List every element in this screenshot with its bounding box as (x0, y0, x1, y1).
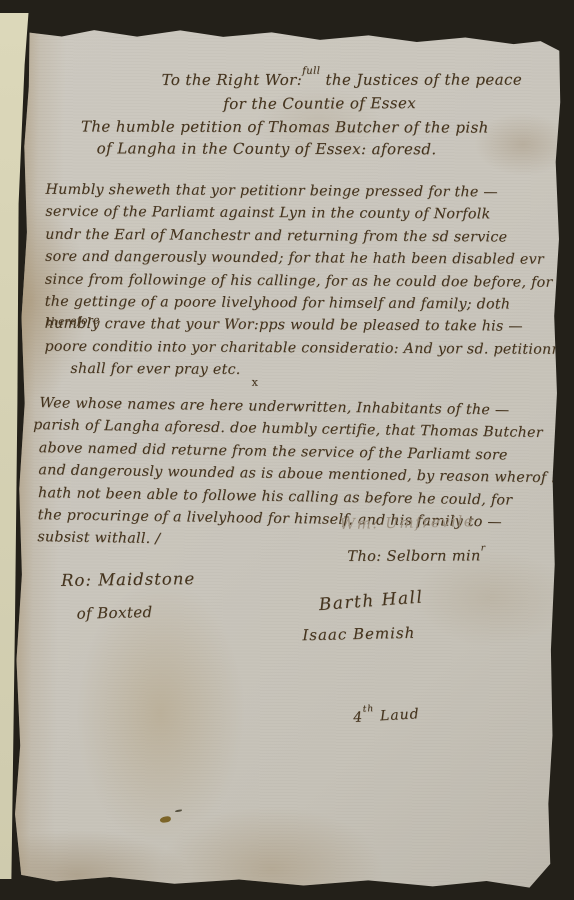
signature-maidstone: Ro: Maidstone (61, 569, 195, 590)
signature-bemish: Isaac Bemish (302, 624, 415, 644)
signature-selborn-text: Tho: Selborn min (347, 548, 480, 565)
address-text-cont: the Justices of the peace (320, 71, 522, 89)
petition-address-line: To the Right Wor:full the Justices of th… (162, 71, 523, 89)
petition-line: since from followinge of his callinge, f… (45, 268, 559, 294)
petition-line: sore and dangerously wounded; for that h… (45, 246, 559, 272)
signature-umfrevile: Wm: Umfrevile (340, 512, 475, 533)
petition-line: undr the Earl of Manchestr and returning… (45, 224, 559, 250)
separator-mark: x (252, 376, 259, 389)
petition-line: shall for ever pray etc. (44, 358, 558, 384)
endorsement-note: 4th Laud (353, 706, 420, 726)
petition-line: service of the Parliamt against Lyn in t… (45, 201, 559, 227)
address-text: To the Right Wor: (162, 71, 303, 89)
petition-line: the gettinge of a poore livelyhood for h… (45, 291, 559, 317)
petition-line: Humbly sheweth that yor petitionr beinge… (45, 179, 559, 205)
signature-maidstone-place: of Boxted (76, 603, 152, 623)
certificate-paragraph: Wee whose names are here underwritten, I… (37, 392, 570, 557)
interlinear-insertion: therefore (46, 314, 100, 328)
ink-blot-mark (160, 816, 172, 823)
manuscript-page: To the Right Wor:full the Justices of th… (13, 27, 562, 890)
endorsement-superscript: th (363, 704, 375, 715)
petition-line: poore conditio into yor charitable consi… (44, 336, 558, 362)
endorsement-text-cont: Laud (374, 706, 420, 725)
signature-hall: Barth Hall (318, 587, 424, 615)
petition-title-line: The humble petition of Thomas Butcher of… (81, 117, 489, 136)
signature-selborn-superscript: r (481, 543, 486, 553)
signature-selborn: Tho: Selborn minr (347, 547, 485, 564)
petition-line: humbly crave that your Wor:pps would be … (45, 313, 559, 339)
petition-county-line: for the Countie of Essex (223, 94, 416, 113)
photo-background: To the Right Wor:full the Justices of th… (0, 0, 574, 900)
petition-title-line2: of Langha in the County of Essex: afores… (97, 139, 437, 158)
address-superscript: full (302, 66, 320, 77)
petition-body-paragraph: Humbly sheweth that yor petitionr beinge… (44, 179, 559, 384)
